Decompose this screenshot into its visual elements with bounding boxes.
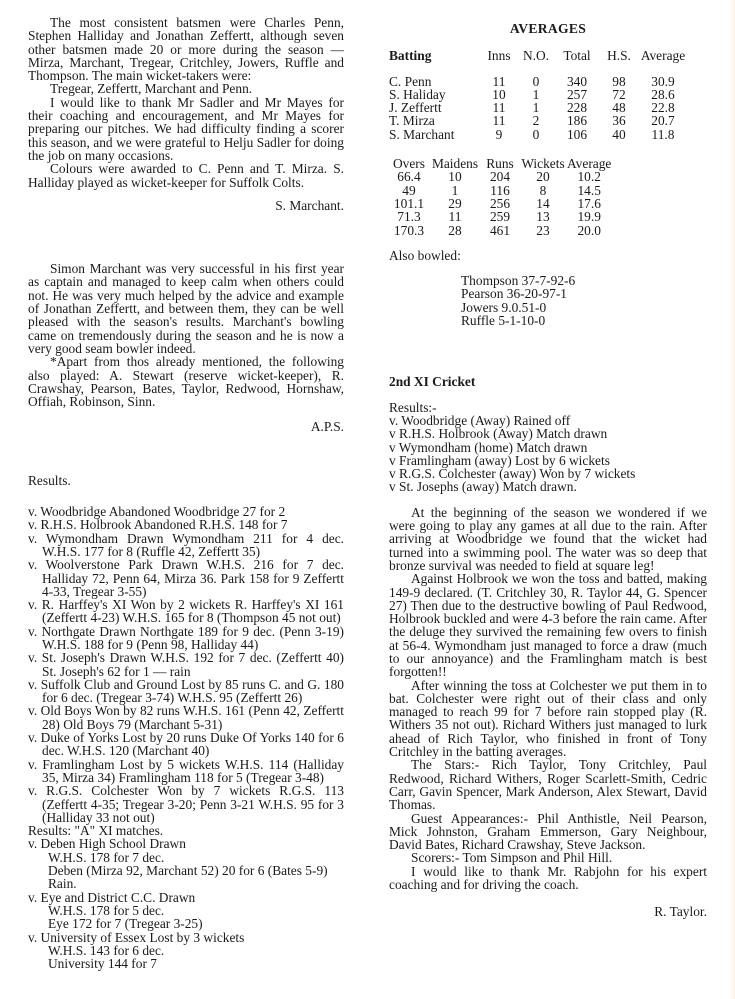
a-xi-match: v. University of Essex Lost by 3 wickets… — [28, 931, 344, 971]
result-item: v. Old Boys Won by 82 runs W.H.S. 161 (P… — [28, 704, 344, 731]
stat-cell: 1 — [517, 88, 555, 101]
stat-cell: 98 — [599, 75, 639, 88]
stat-cell: 14 — [519, 197, 567, 210]
stat-cell: 204 — [481, 170, 519, 183]
averages-title: AVERAGES — [389, 22, 707, 35]
match-line: University 144 for 7 — [28, 957, 344, 970]
stat-cell: 20.0 — [567, 224, 611, 237]
stat-cell: 19.9 — [567, 210, 611, 223]
stat-cell: 1 — [517, 101, 555, 114]
paragraph: Scorers:- Tom Simpson and Phil Hill. — [389, 851, 707, 864]
second-xi-results-label: Results:- — [389, 401, 707, 414]
stat-cell: 2 — [517, 114, 555, 127]
player-name: S. Haliday — [389, 88, 481, 101]
result-item: v Wymondham (home) Match drawn — [389, 441, 707, 454]
signature: R. Taylor. — [389, 905, 707, 918]
also-bowled-list: Thompson 37-7-92-6Pearson 36-20-97-1Jowe… — [389, 274, 707, 327]
result-item: v. R. Harffey's XI Won by 2 wickets R. H… — [28, 598, 344, 625]
stat-cell: 17.6 — [567, 197, 611, 210]
stat-cell: 10 — [481, 88, 517, 101]
stat-cell: 11.8 — [639, 128, 687, 141]
column-header: Inns — [481, 49, 517, 74]
result-item: v Framlingham (away) Lost by 6 wickets — [389, 454, 707, 467]
stat-cell: 40 — [599, 128, 639, 141]
match-line: W.H.S. 178 for 7 dec. — [28, 851, 344, 864]
a-xi-list: v. Deben High School DrawnW.H.S. 178 for… — [28, 837, 344, 970]
paragraph: Simon Marchant was very successful in hi… — [28, 262, 344, 355]
stat-cell: 116 — [481, 184, 519, 197]
result-item: v. Northgate Drawn Northgate 189 for 9 d… — [28, 625, 344, 652]
paragraph: Guest Appearances:- Phil Anthistle, Neil… — [389, 812, 707, 852]
stat-cell: 186 — [555, 114, 599, 127]
stat-cell: 72 — [599, 88, 639, 101]
player-name: J. Zeffertt — [389, 101, 481, 114]
stat-cell: 11 — [481, 75, 517, 88]
page-edge-shading — [729, 0, 735, 999]
stat-cell: 10 — [429, 170, 481, 183]
bowling-row: 101.1292561417.6 — [389, 197, 611, 210]
stat-cell: 1 — [429, 184, 481, 197]
column-header: Overs — [389, 157, 429, 170]
stat-cell: 11 — [481, 101, 517, 114]
player-name: T. Mirza — [389, 114, 481, 127]
column-header: Total — [555, 49, 599, 74]
results-heading: Results. — [28, 474, 344, 487]
stat-cell: 29 — [429, 197, 481, 210]
paragraph: After winning the toss at Colchester we … — [389, 679, 707, 759]
result-item: v. Woodbridge (Away) Rained off — [389, 414, 707, 427]
stat-cell: 106 — [555, 128, 599, 141]
player-name: S. Marchant — [389, 128, 481, 141]
stat-cell: 0 — [517, 75, 555, 88]
stat-cell: 11 — [481, 114, 517, 127]
paragraph: At the beginning of the season we wonder… — [389, 506, 707, 572]
stat-cell: 9 — [481, 128, 517, 141]
result-item: v. R.G.S. Colchester Won by 7 wickets R.… — [28, 784, 344, 824]
paragraph: The Stars:- Rich Taylor, Tony Critchley,… — [389, 758, 707, 811]
a-xi-results: Results: "A" XI matches. v. Deben High S… — [28, 824, 344, 970]
batting-row: T. Mirza1121863620.7 — [389, 114, 687, 127]
batting-label: Batting — [389, 49, 481, 74]
stat-cell: 257 — [555, 88, 599, 101]
match-title: v. University of Essex Lost by 3 wickets — [28, 931, 344, 944]
left-column: The most consistent batsmen were Charles… — [28, 16, 344, 970]
a-xi-match: v. Deben High School DrawnW.H.S. 178 for… — [28, 837, 344, 890]
column-header: Runs — [481, 157, 519, 170]
stat-cell: 0 — [517, 128, 555, 141]
paragraph: Colours were awarded to C. Penn and T. M… — [28, 162, 344, 189]
stat-cell: 10.2 — [567, 170, 611, 183]
column-header: Maidens — [429, 157, 481, 170]
result-item: v. Woodbridge Abandoned Woodbridge 27 fo… — [28, 505, 344, 518]
stat-cell: 71.3 — [389, 210, 429, 223]
paragraph: Tregear, Zeffertt, Marchant and Penn. — [28, 82, 344, 95]
batting-row: C. Penn1103409830.9 — [389, 75, 687, 88]
result-item: v. Woolverstone Park Drawn W.H.S. 216 fo… — [28, 558, 344, 598]
result-item: v R.G.S. Colchester (away) Won by 7 wick… — [389, 467, 707, 480]
batting-table: Batting Inns N.O. Total H.S. Average C. … — [389, 49, 687, 141]
stat-cell: 49 — [389, 184, 429, 197]
batting-row: S. Marchant901064011.8 — [389, 128, 687, 141]
stat-cell: 259 — [481, 210, 519, 223]
captain-report: Simon Marchant was very successful in hi… — [28, 262, 344, 434]
stat-cell: 20 — [519, 170, 567, 183]
bowling-table: Overs Maidens Runs Wickets Average 66.41… — [389, 157, 611, 237]
first-xi-report: The most consistent batsmen were Charles… — [28, 16, 344, 212]
stat-cell: 14.5 — [567, 184, 611, 197]
also-bowled-item: Jowers 9.0.51-0 — [461, 301, 707, 314]
match-line: Deben (Mirza 92, Marchant 52) 20 for 6 (… — [28, 864, 344, 891]
column-header: Wickets — [519, 157, 567, 170]
paragraph: Against Holbrook we won the toss and bat… — [389, 572, 707, 678]
stat-cell: 13 — [519, 210, 567, 223]
stat-cell: 11 — [429, 210, 481, 223]
stat-cell: 66.4 — [389, 170, 429, 183]
column-header: Average — [639, 49, 687, 74]
second-xi-heading: 2nd XI Cricket — [389, 375, 707, 388]
paragraph: The most consistent batsmen were Charles… — [28, 16, 344, 82]
stat-cell: 101.1 — [389, 197, 429, 210]
result-item: v. St. Joseph's Drawn W.H.S. 192 for 7 d… — [28, 651, 344, 678]
stat-cell: 228 — [555, 101, 599, 114]
stat-cell: 28 — [429, 224, 481, 237]
result-item: v. R.H.S. Holbrook Abandoned R.H.S. 148 … — [28, 518, 344, 531]
stat-cell: 36 — [599, 114, 639, 127]
match-line: Eye 172 for 7 (Tregear 3-25) — [28, 917, 344, 930]
stat-cell: 20.7 — [639, 114, 687, 127]
stat-cell: 22.8 — [639, 101, 687, 114]
results-list: v. Woodbridge Abandoned Woodbridge 27 fo… — [28, 505, 344, 824]
column-header: Average — [567, 157, 611, 170]
paragraph: I would like to thank Mr Sadler and Mr M… — [28, 96, 344, 162]
result-item: v R.H.S. Holbrook (Away) Match drawn — [389, 427, 707, 440]
batting-row: J. Zeffertt1112284822.8 — [389, 101, 687, 114]
stat-cell: 340 — [555, 75, 599, 88]
result-item: v. Wymondham Drawn Wymondham 211 for 4 d… — [28, 532, 344, 559]
second-xi-report: At the beginning of the season we wonder… — [389, 506, 707, 892]
match-line: W.H.S. 178 for 5 dec. — [28, 904, 344, 917]
also-bowled-item: Pearson 36-20-97-1 — [461, 287, 707, 300]
stat-cell: 461 — [481, 224, 519, 237]
signature: A.P.S. — [28, 420, 344, 433]
match-line: W.H.S. 143 for 6 dec. — [28, 944, 344, 957]
bowling-row: 71.3112591319.9 — [389, 210, 611, 223]
stat-cell: 170.3 — [389, 224, 429, 237]
result-item: v. Framlingham Lost by 5 wickets W.H.S. … — [28, 758, 344, 785]
result-item: v. Duke of Yorks Lost by 20 runs Duke Of… — [28, 731, 344, 758]
stat-cell: 48 — [599, 101, 639, 114]
bowling-row: 170.3284612320.0 — [389, 224, 611, 237]
column-header: H.S. — [599, 49, 639, 74]
bowling-row: 491116814.5 — [389, 184, 611, 197]
right-column: AVERAGES Batting Inns N.O. Total H.S. Av… — [389, 22, 707, 919]
a-xi-heading: Results: "A" XI matches. — [28, 824, 344, 837]
paragraph: I would like to thank Mr. Rabjohn for hi… — [389, 865, 707, 892]
batting-row: S. Haliday1012577228.6 — [389, 88, 687, 101]
result-item: v. Suffolk Club and Ground Lost by 85 ru… — [28, 678, 344, 705]
also-bowled-item: Ruffle 5-1-10-0 — [461, 314, 707, 327]
paragraph: *Apart from thos already mentioned, the … — [28, 355, 344, 408]
stat-cell: 30.9 — [639, 75, 687, 88]
stat-cell: 28.6 — [639, 88, 687, 101]
second-xi-results-list: v. Woodbridge (Away) Rained offv R.H.S. … — [389, 414, 707, 494]
stat-cell: 23 — [519, 224, 567, 237]
match-title: v. Eye and District C.C. Drawn — [28, 891, 344, 904]
also-bowled-item: Thompson 37-7-92-6 — [461, 274, 707, 287]
column-header: N.O. — [517, 49, 555, 74]
also-bowled-label: Also bowled: — [389, 249, 707, 262]
bowling-row: 66.4102042010.2 — [389, 170, 611, 183]
stat-cell: 256 — [481, 197, 519, 210]
a-xi-match: v. Eye and District C.C. DrawnW.H.S. 178… — [28, 891, 344, 931]
result-item: v St. Josephs (away) Match drawn. — [389, 480, 707, 493]
signature: S. Marchant. — [28, 199, 344, 212]
player-name: C. Penn — [389, 75, 481, 88]
match-title: v. Deben High School Drawn — [28, 837, 344, 850]
stat-cell: 8 — [519, 184, 567, 197]
